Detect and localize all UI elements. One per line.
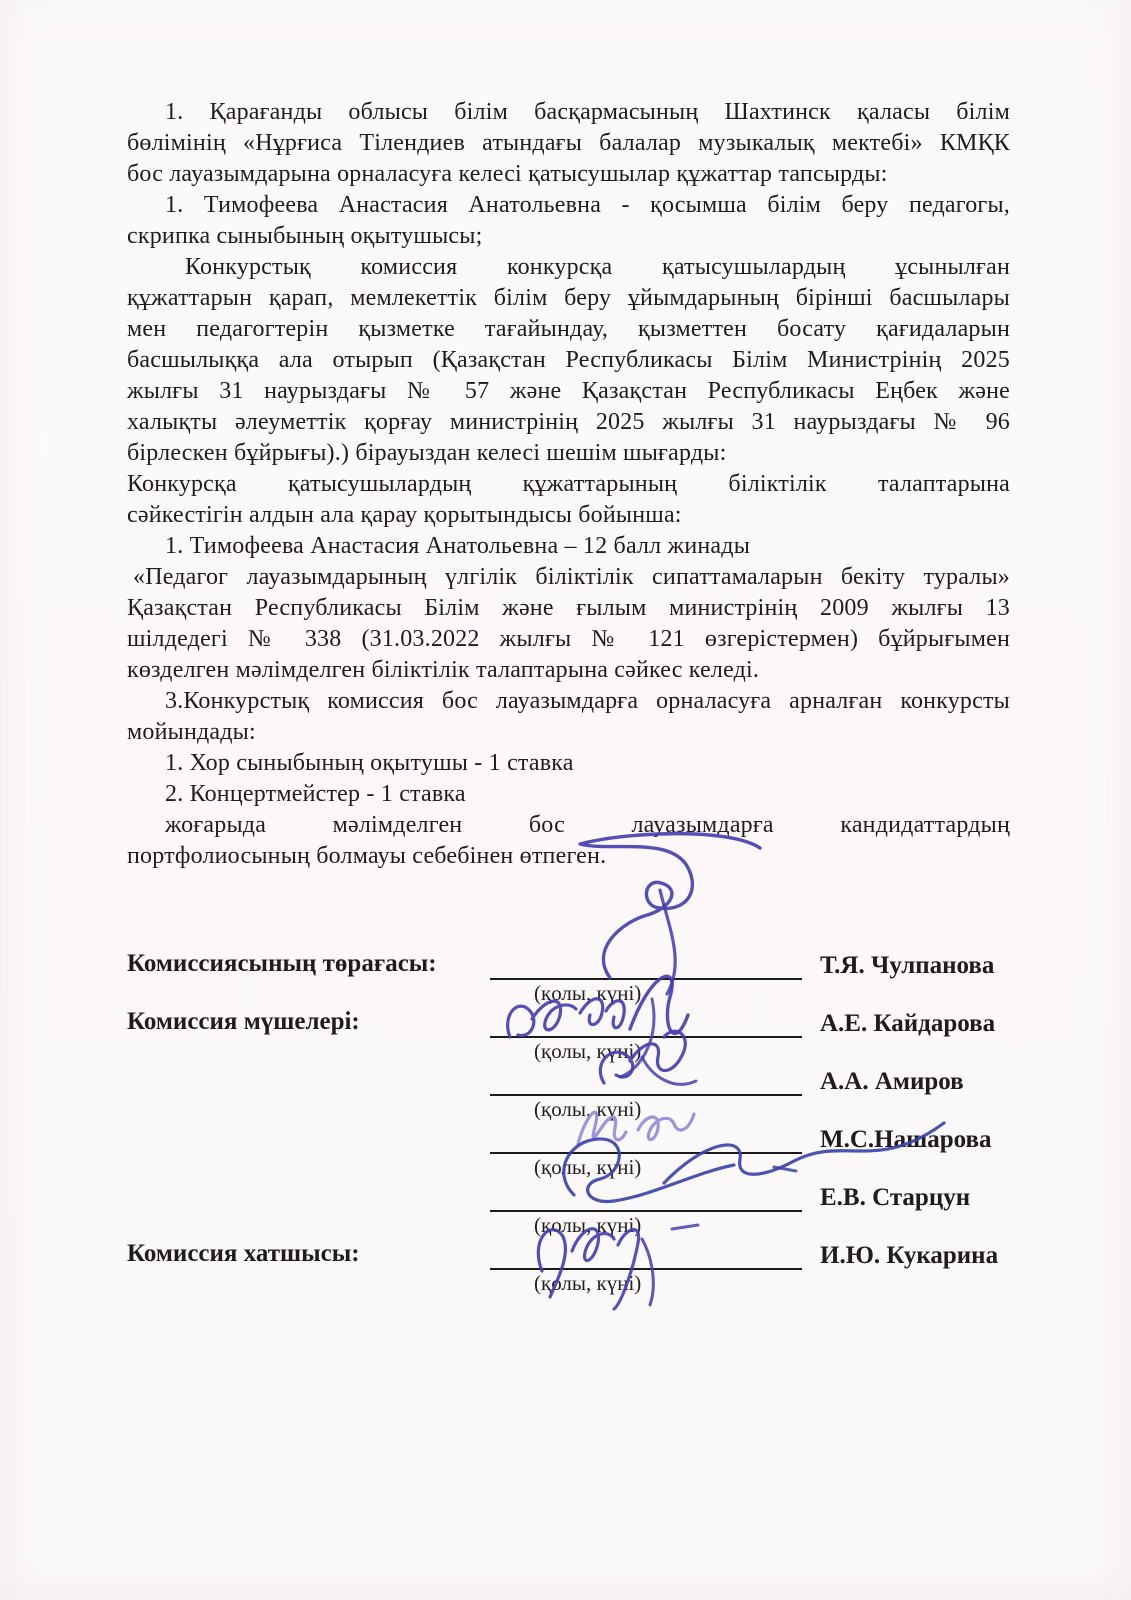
document-line: 1. Хор сыныбының оқытушы - 1 ставка [127,748,1010,779]
signature-line-area: (қолы, күні) [490,1036,810,1066]
paragraph: Конкурсқа қатысушылардың құжаттарының бі… [127,469,1010,531]
signature-caption: (қолы, күні) [490,1096,810,1124]
signatory-name: А.Е. Кайдарова [810,1010,995,1066]
document-body: 1. Қарағанды облысы білім басқармасының … [127,97,1010,872]
paragraph: 1. Хор сыныбының оқытушы - 1 ставка [127,748,1010,779]
document-line: жоғарыда мәлімделген бос лауазымдарға ка… [127,810,1010,841]
signature-caption: (қолы, күні) [490,1212,810,1240]
document-line: 1. Тимофеева Анастасия Анатольевна – 12 … [127,531,1010,562]
document-line: Конкурстық комиссия конкурсқа қатысушыла… [127,252,1010,283]
document-line: бос лауазымдарына орналасуға келесі қаты… [127,159,1010,190]
document-line: «Педагог лауазымдарының үлгілік біліктіл… [127,562,1010,593]
paragraph: 1. Тимофеева Анастасия Анатольевна - қос… [127,190,1010,252]
signature-line-area: (қолы, күні) [490,978,810,1008]
signature-role-label: Комиссиясының төрағасы: [127,950,490,1008]
document-line: бірлескен бұйрығы).) бірауыздан келесі ш… [127,438,1010,469]
signature-row-member-3: (қолы, күні) М.С.Нашарова [127,1124,1087,1182]
document-line: 3.Конкурстық комиссия бос лауазымдарға о… [127,686,1010,717]
document-line: 1. Қарағанды облысы білім басқармасының … [127,97,1010,128]
signatory-name: И.Ю. Кукарина [810,1242,998,1298]
signature-role-label [127,1094,490,1124]
signature-row-member-4: (қолы, күні) Е.В. Старцун [127,1182,1087,1240]
document-line: мен педагогтерін қызметке тағайындау, қы… [127,314,1010,345]
document-line: мойындады: [127,717,1010,748]
document-line: Конкурсқа қатысушылардың құжаттарының бі… [127,469,1010,500]
signature-role-label: Комиссия хатшысы: [127,1240,490,1298]
paragraph: 1. Тимофеева Анастасия Анатольевна – 12 … [127,531,1010,562]
signature-caption: (қолы, күні) [490,1270,810,1298]
document-line: портфолиосының болмауы себебінен өтпеген… [127,841,1010,872]
signature-block: Комиссиясының төрағасы: (қолы, күні) Т.Я… [127,950,1087,1298]
signature-row-chairman: Комиссиясының төрағасы: (қолы, күні) Т.Я… [127,950,1087,1008]
signature-line-area: (қолы, күні) [490,1268,810,1298]
document-line: халықты әлеуметтік қорғау министрінің 20… [127,407,1010,438]
paragraph: 1. Қарағанды облысы білім басқармасының … [127,97,1010,190]
document-line: көзделген мәлімделген біліктілік талапта… [127,655,1010,686]
paragraph: Конкурстық комиссия конкурсқа қатысушыла… [127,252,1010,469]
document-line: шілдедегі № 338 (31.03.2022 жылғы № 121 … [127,624,1010,655]
scanned-page: 1. Қарағанды облысы білім басқармасының … [0,0,1131,1600]
paragraph: 2. Концертмейстер - 1 ставка [127,779,1010,810]
signature-line-area: (қолы, күні) [490,1094,810,1124]
signature-row-secretary: Комиссия хатшысы: (қолы, күні) И.Ю. Кука… [127,1240,1087,1298]
paragraph: «Педагог лауазымдарының үлгілік біліктіл… [127,562,1010,686]
document-line: жылғы 31 наурыздағы № 57 және Қазақстан … [127,376,1010,407]
document-line: скрипка сыныбының оқытушысы; [127,221,1010,252]
document-line: Қазақстан Республикасы Білім және ғылым … [127,593,1010,624]
document-line: 1. Тимофеева Анастасия Анатольевна - қос… [127,190,1010,221]
signatory-name: Е.В. Старцун [810,1184,970,1240]
signatory-name: М.С.Нашарова [810,1126,991,1182]
paragraph: жоғарыда мәлімделген бос лауазымдарға ка… [127,810,1010,872]
signature-row-member-2: (қолы, күні) А.А. Амиров [127,1066,1087,1124]
document-line: басшылыққа ала отырып (Қазақстан Республ… [127,345,1010,376]
signature-line-area: (қолы, күні) [490,1210,810,1240]
signatory-name: Т.Я. Чулпанова [810,952,994,1008]
paragraph: 3.Конкурстық комиссия бос лауазымдарға о… [127,686,1010,748]
document-line: сәйкестігін алдын ала қарау қорытындысы … [127,500,1010,531]
signature-role-label: Комиссия мүшелері: [127,1008,490,1066]
signature-caption: (қолы, күні) [490,1154,810,1182]
signatory-name: А.А. Амиров [810,1068,964,1124]
signature-caption: (қолы, күні) [490,1038,810,1066]
document-line: бөлімінің «Нұрғиса Тілендиев атындағы ба… [127,128,1010,159]
document-line: 2. Концертмейстер - 1 ставка [127,779,1010,810]
signature-row-member-1: Комиссия мүшелері: (қолы, күні) А.Е. Кай… [127,1008,1087,1066]
signature-caption: (қолы, күні) [490,980,810,1008]
signature-role-label [127,1152,490,1182]
signature-role-label [127,1210,490,1240]
document-line: құжаттарын қарап, мемлекеттік білім беру… [127,283,1010,314]
signature-line-area: (қолы, күні) [490,1152,810,1182]
